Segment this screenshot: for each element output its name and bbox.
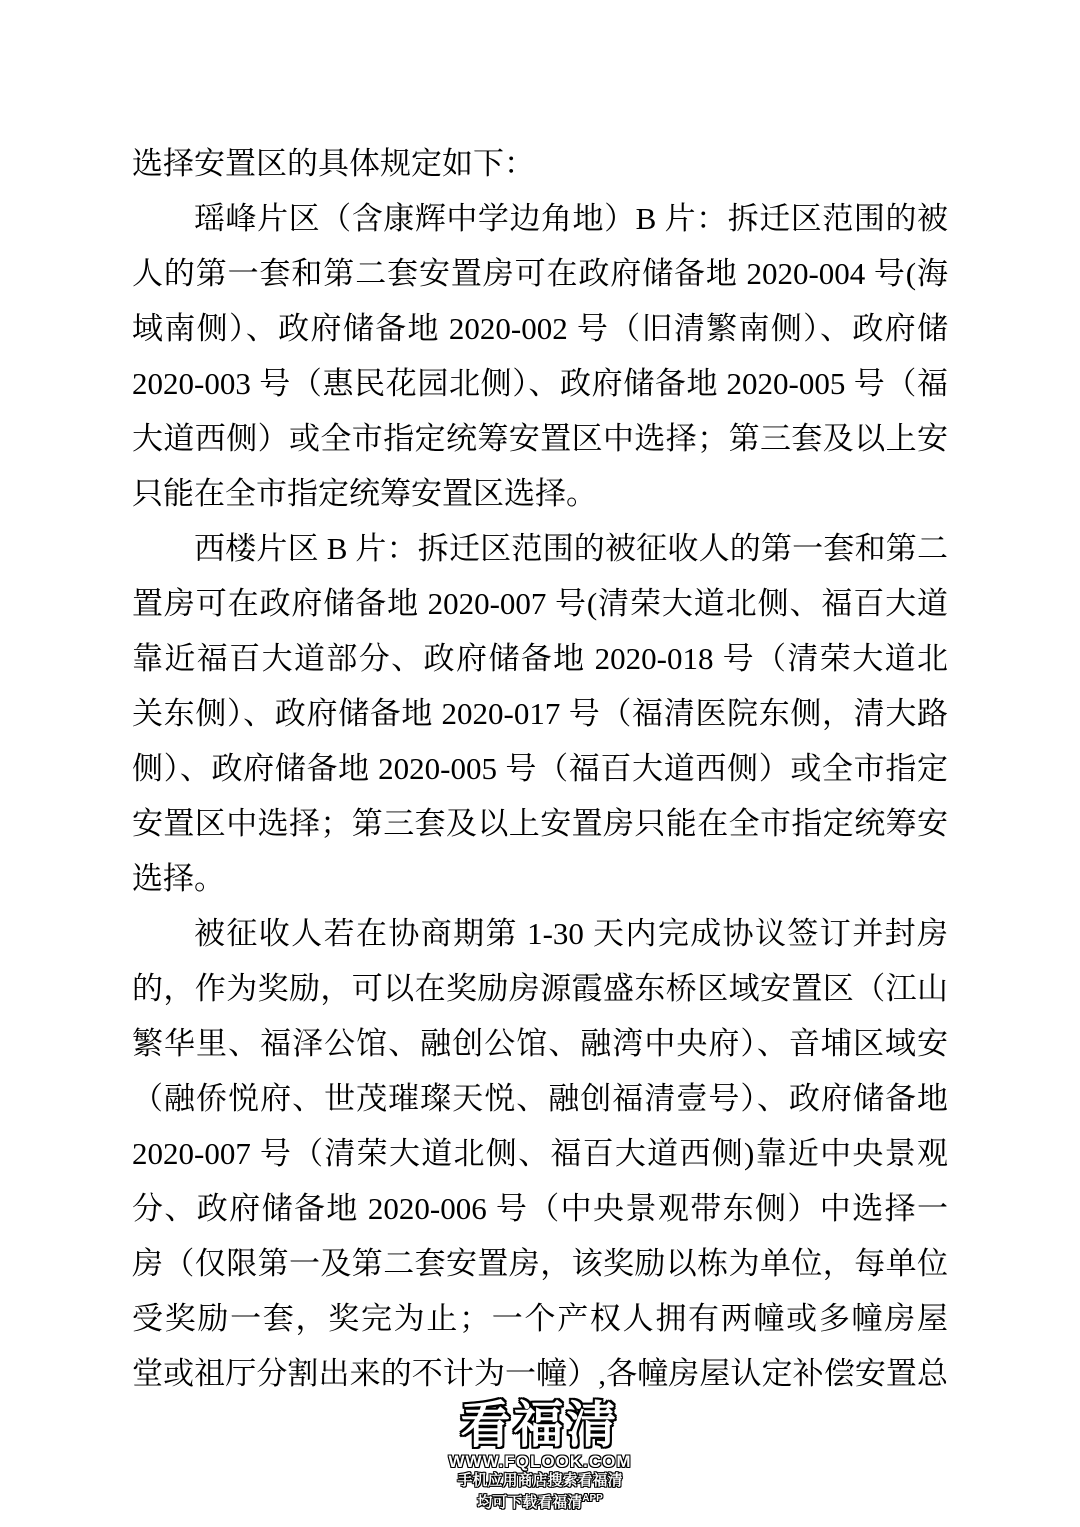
paragraph: 选择安置区的具体规定如下： [132, 136, 948, 191]
text-line: 分、政府储备地 2020-006 号（中央景观带东侧）中选择一套安置 [132, 1181, 948, 1236]
text-line: 选择安置区的具体规定如下： [132, 136, 948, 191]
document-page: 选择安置区的具体规定如下：瑶峰片区（含康辉中学边角地）B 片：拆迁区范围的被征收… [0, 0, 1080, 1527]
watermark-url: WWW.FQLOOK.COM [0, 1452, 1080, 1471]
text-line: 房（仅限第一及第二套安置房，该奖励以栋为单位，每单位仅享 [132, 1236, 948, 1291]
text-line: 置房可在政府储备地 2020-007 号(清荣大道北侧、福百大道西侧) [132, 576, 948, 631]
watermark-app-superscript: APP [582, 1493, 603, 1504]
text-line: 只能在全市指定统筹安置区选择。 [132, 466, 948, 521]
text-line: 侧）、政府储备地 2020-005 号（福百大道西侧）或全市指定统筹 [132, 741, 948, 796]
watermark-caption-2: 均可下载看福清APP [0, 1491, 1080, 1511]
watermark-caption-2-text: 均可下载看福清 [477, 1494, 582, 1511]
paragraph: 瑶峰片区（含康辉中学边角地）B 片：拆迁区范围的被征收人的第一套和第二套安置房可… [132, 191, 948, 521]
text-line: 域南侧）、政府储备地 2020-002 号（旧清繁南侧）、政府储备地 [132, 301, 948, 356]
text-line: 人的第一套和第二套安置房可在政府储备地 2020-004 号(海华美 [132, 246, 948, 301]
paragraph: 被征收人若在协商期第 1-30 天内完成协议签订并封房交拆的，作为奖励，可以在奖… [132, 906, 948, 1401]
watermark: 看福清 WWW.FQLOOK.COM 手机应用商店搜索看福清 均可下载看福清AP… [0, 1400, 1080, 1511]
text-line: 堂或祖厅分割出来的不计为一幢）,各幢房屋认定补偿安置总面 [132, 1346, 948, 1401]
text-line: 的，作为奖励，可以在奖励房源霞盛东桥区域安置区（江山云著、 [132, 961, 948, 1016]
text-line: 2020-007 号（清荣大道北侧、福百大道西侧)靠近中央景观带部 [132, 1126, 948, 1181]
text-line: 受奖励一套，奖完为止；一个产权人拥有两幢或多幢房屋（从祠 [132, 1291, 948, 1346]
text-line: 安置区中选择；第三套及以上安置房只能在全市指定统筹安置区 [132, 796, 948, 851]
text-line: 繁华里、福泽公馆、融创公馆、融湾中央府）、音埔区域安置区 [132, 1016, 948, 1071]
paragraph: 西楼片区 B 片：拆迁区范围的被征收人的第一套和第二套安置房可在政府储备地 20… [132, 521, 948, 906]
watermark-title: 看福清 [0, 1400, 1080, 1450]
text-line: 瑶峰片区（含康辉中学边角地）B 片：拆迁区范围的被征收 [132, 191, 948, 246]
text-line: 靠近福百大道部分、政府储备地 2020-018 号（清荣大道北侧，海 [132, 631, 948, 686]
text-line: 关东侧）、政府储备地 2020-017 号（福清医院东侧，清大路南 [132, 686, 948, 741]
text-line: （融侨悦府、世茂璀璨天悦、融创福清壹号）、政府储备地 [132, 1071, 948, 1126]
text-line: 被征收人若在协商期第 1-30 天内完成协议签订并封房交拆 [132, 906, 948, 961]
document-body: 选择安置区的具体规定如下：瑶峰片区（含康辉中学边角地）B 片：拆迁区范围的被征收… [132, 136, 948, 1401]
text-line: 选择。 [132, 851, 948, 906]
watermark-caption-1: 手机应用商店搜索看福清 [0, 1473, 1080, 1489]
text-line: 大道西侧）或全市指定统筹安置区中选择；第三套及以上安置房 [132, 411, 948, 466]
text-line: 2020-003 号（惠民花园北侧）、政府储备地 2020-005 号（福百 [132, 356, 948, 411]
text-line: 西楼片区 B 片：拆迁区范围的被征收人的第一套和第二套安 [132, 521, 948, 576]
